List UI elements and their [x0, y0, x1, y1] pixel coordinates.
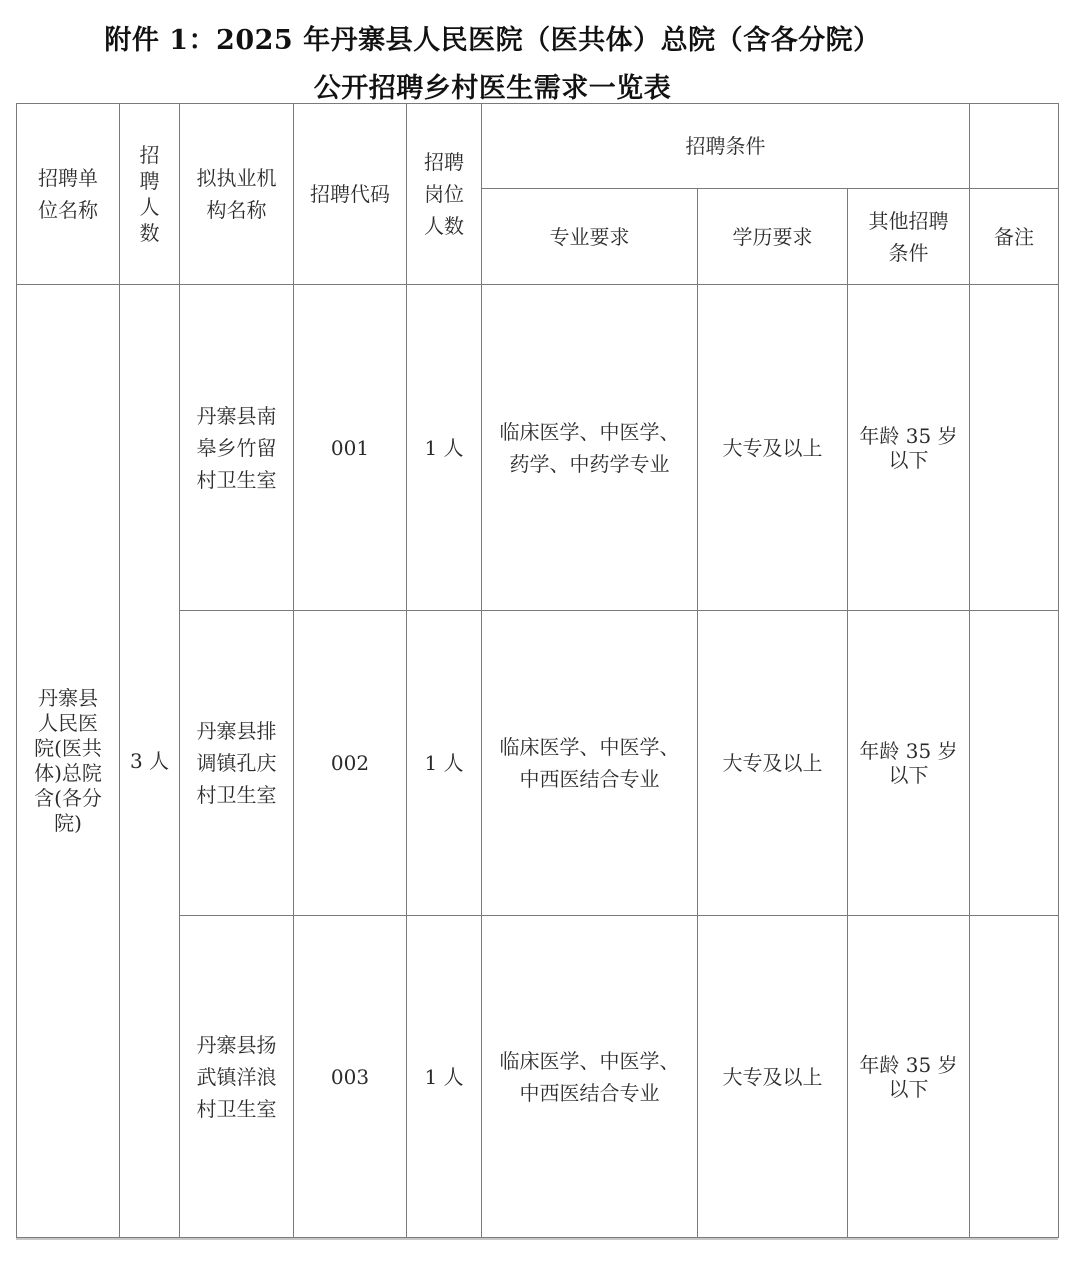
education-cell: 大专及以上	[698, 611, 848, 916]
code-cell: 002	[294, 611, 407, 916]
table-row: 丹寨县 人民医 院(医共 体)总院 含(各分 院) 3 人 丹寨县南 皋乡竹留 …	[17, 285, 1059, 611]
document-title-line2: 公开招聘乡村医生需求一览表	[0, 66, 985, 105]
post-count-cell: 1 人	[407, 285, 482, 611]
header-institution: 拟执业机 构名称	[180, 104, 294, 285]
code-cell: 001	[294, 285, 407, 611]
education-cell: 大专及以上	[698, 285, 848, 611]
header-conditions: 招聘条件	[482, 104, 970, 189]
major-cell: 临床医学、中医学、 中西医结合专业	[482, 611, 698, 916]
table-bottom-shadow	[16, 1238, 1058, 1240]
other-cell: 年龄 35 岁 以下	[848, 611, 970, 916]
code-cell: 003	[294, 916, 407, 1238]
major-cell: 临床医学、中医学、 药学、中药学专业	[482, 285, 698, 611]
institution-cell: 丹寨县南 皋乡竹留 村卫生室	[180, 285, 294, 611]
header-total-count: 招 聘 人 数	[120, 104, 180, 285]
post-count-cell: 1 人	[407, 611, 482, 916]
total-count-cell: 3 人	[120, 285, 180, 1238]
other-cell: 年龄 35 岁 以下	[848, 285, 970, 611]
header-blank	[970, 104, 1059, 189]
header-post-count: 招聘 岗位 人数	[407, 104, 482, 285]
document-title-line1: 附件 1：2025 年丹寨县人民医院（医共体）总院（含各分院）	[0, 18, 985, 57]
unit-name-cell: 丹寨县 人民医 院(医共 体)总院 含(各分 院)	[17, 285, 120, 1238]
header-major: 专业要求	[482, 189, 698, 285]
post-count-cell: 1 人	[407, 916, 482, 1238]
institution-cell: 丹寨县排 调镇孔庆 村卫生室	[180, 611, 294, 916]
education-cell: 大专及以上	[698, 916, 848, 1238]
major-cell: 临床医学、中医学、 中西医结合专业	[482, 916, 698, 1238]
header-education: 学历要求	[698, 189, 848, 285]
institution-cell: 丹寨县扬 武镇洋浪 村卫生室	[180, 916, 294, 1238]
remarks-cell	[970, 285, 1059, 611]
recruitment-table: 招聘单 位名称 招 聘 人 数 拟执业机 构名称 招聘代码 招聘 岗位 人数 招…	[16, 103, 1059, 1238]
header-remarks: 备注	[970, 189, 1059, 285]
remarks-cell	[970, 611, 1059, 916]
header-unit-name: 招聘单 位名称	[17, 104, 120, 285]
header-code: 招聘代码	[294, 104, 407, 285]
header-row-1: 招聘单 位名称 招 聘 人 数 拟执业机 构名称 招聘代码 招聘 岗位 人数 招…	[17, 104, 1059, 189]
header-other: 其他招聘 条件	[848, 189, 970, 285]
remarks-cell	[970, 916, 1059, 1238]
other-cell: 年龄 35 岁 以下	[848, 916, 970, 1238]
